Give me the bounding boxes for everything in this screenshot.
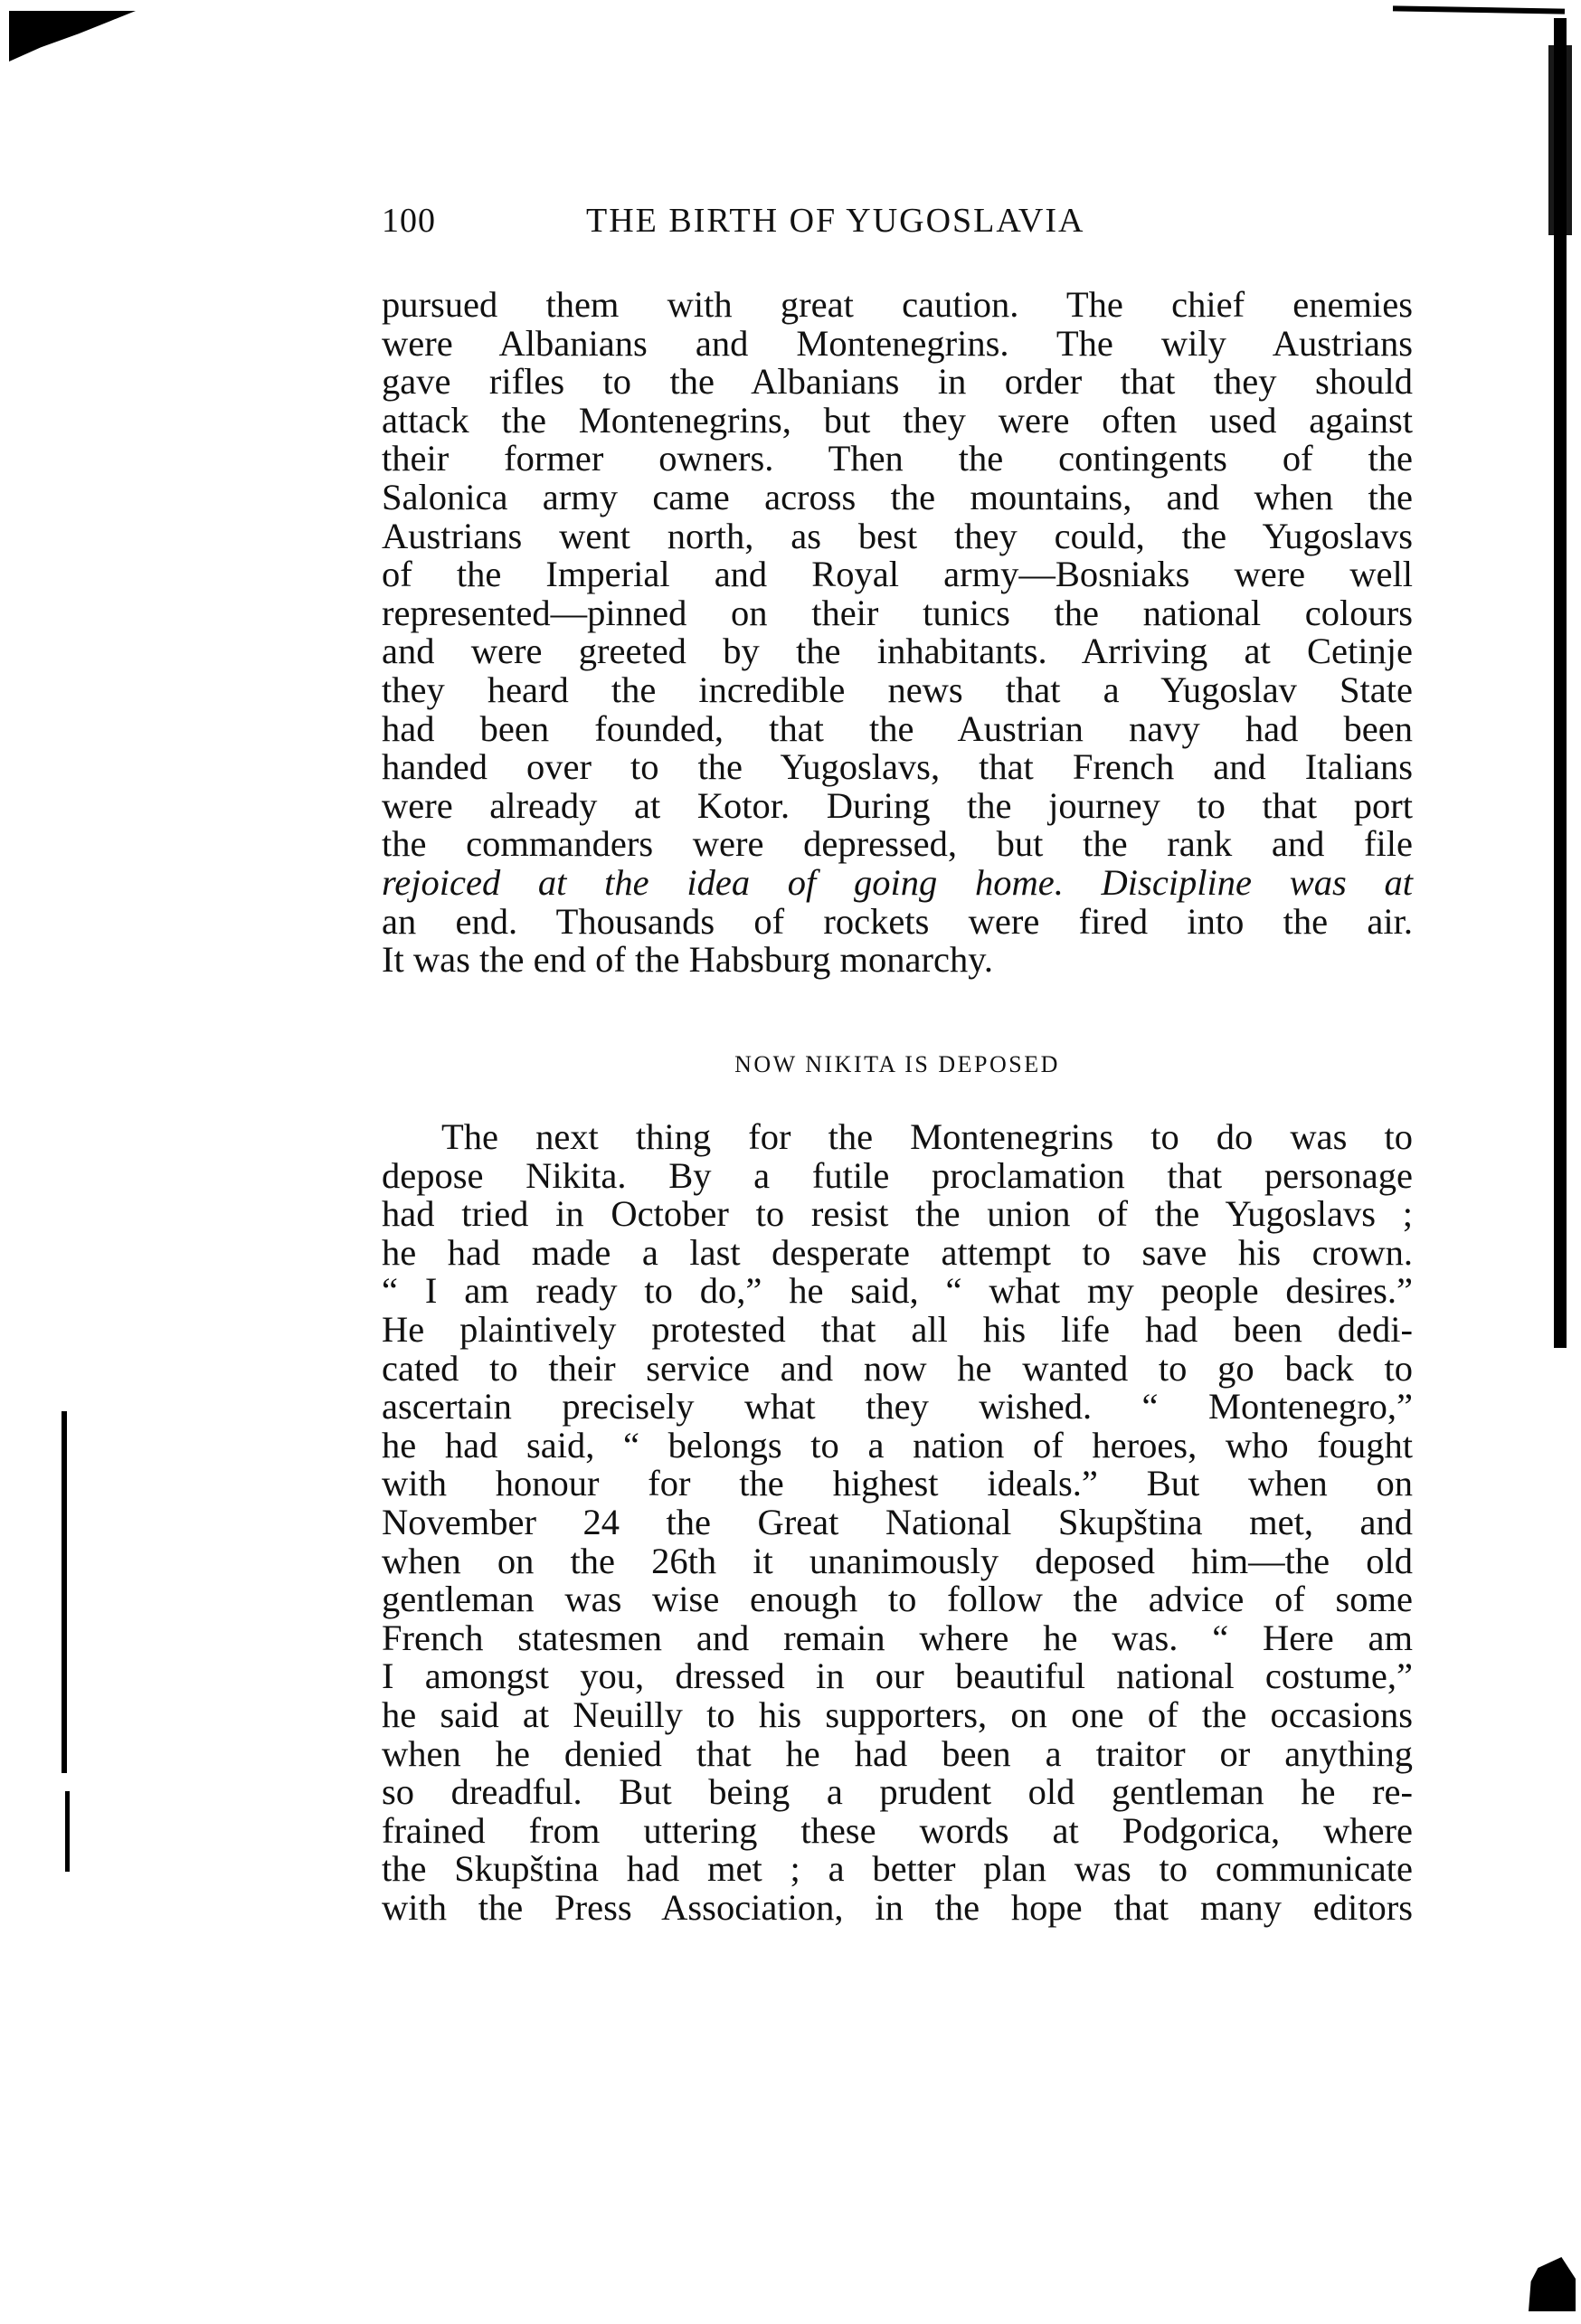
text-line: gave rifles to the Albanians in order th… xyxy=(382,363,1413,402)
scan-bottom-right-mark xyxy=(1529,2257,1576,2311)
text-line: so dreadful. But being a prudent old gen… xyxy=(382,1773,1413,1812)
text-line: ascertain precisely what they wished. “ … xyxy=(382,1388,1413,1427)
text-line: The next thing for the Montenegrins to d… xyxy=(382,1118,1413,1157)
text-line: handed over to the Yugoslavs, that Frenc… xyxy=(382,748,1413,787)
text-line: he had made a last desperate attempt to … xyxy=(382,1234,1413,1273)
text-line: the Skupština had met ; a better plan wa… xyxy=(382,1850,1413,1889)
text-line: he said at Neuilly to his supporters, on… xyxy=(382,1696,1413,1735)
text-line: “ I am ready to do,” he said, “ what my … xyxy=(382,1272,1413,1311)
section-heading: NOW NIKITA IS DEPOSED xyxy=(382,1051,1413,1078)
text-line: were Albanians and Montenegrins. The wil… xyxy=(382,325,1413,364)
text-line: had tried in October to resist the union… xyxy=(382,1195,1413,1234)
scan-corner-shadow xyxy=(9,11,136,62)
running-head: 100 THE BIRTH OF YUGOSLAVIA xyxy=(382,201,1413,244)
text-line: Austrians went north, as best they could… xyxy=(382,517,1413,556)
text-line: an end. Thousands of rockets were fired … xyxy=(382,903,1413,942)
text-line: I amongst you, dressed in our beautiful … xyxy=(382,1657,1413,1696)
text-line: depose Nikita. By a futile proclamation … xyxy=(382,1157,1413,1196)
text-line: when on the 26th it unanimously deposed … xyxy=(382,1542,1413,1581)
text-line: He plaintively protested that all his li… xyxy=(382,1311,1413,1350)
text-line: frained from uttering these words at Pod… xyxy=(382,1812,1413,1851)
text-line: he had said, “ belongs to a nation of he… xyxy=(382,1427,1413,1466)
text-line: of the Imperial and Royal army—Bosniaks … xyxy=(382,555,1413,594)
text-line: pursued them with great caution. The chi… xyxy=(382,286,1413,325)
book-page: 100 THE BIRTH OF YUGOSLAVIA pursued them… xyxy=(0,0,1581,2324)
text-line: with honour for the highest ideals.” But… xyxy=(382,1465,1413,1503)
text-line: they heard the incredible news that a Yu… xyxy=(382,671,1413,710)
text-line: French statesmen and remain where he was… xyxy=(382,1619,1413,1658)
scan-left-edge-line xyxy=(62,1411,67,1773)
text-line: gentleman was wise enough to follow the … xyxy=(382,1580,1413,1619)
text-line: had been founded, that the Austrian navy… xyxy=(382,710,1413,749)
text-line: attack the Montenegrins, but they were o… xyxy=(382,402,1413,441)
paragraph-1: pursued them with great caution. The chi… xyxy=(382,286,1413,980)
text-line: It was the end of the Habsburg monarchy. xyxy=(382,941,1413,980)
scan-top-edge-mark xyxy=(1393,5,1565,14)
text-line: the commanders were depressed, but the r… xyxy=(382,825,1413,864)
text-line: and were greeted by the inhabitants. Arr… xyxy=(382,632,1413,671)
text-line: when he denied that he had been a traito… xyxy=(382,1735,1413,1774)
text-line: Salonica army came across the mountains,… xyxy=(382,479,1413,517)
scan-right-edge-smudge xyxy=(1548,45,1572,235)
text-line: were already at Kotor. During the journe… xyxy=(382,787,1413,826)
page-number: 100 xyxy=(382,201,436,241)
text-line: represented—pinned on their tunics the n… xyxy=(382,594,1413,633)
scan-left-edge-line-lower xyxy=(65,1791,70,1872)
text-line-italic: rejoiced at the idea of going home. Disc… xyxy=(382,864,1413,903)
text-line: their former owners. Then the contingent… xyxy=(382,440,1413,479)
running-title: THE BIRTH OF YUGOSLAVIA xyxy=(586,201,1084,241)
paragraph-2: The next thing for the Montenegrins to d… xyxy=(382,1118,1413,1927)
text-line: with the Press Association, in the hope … xyxy=(382,1889,1413,1928)
text-line: November 24 the Great National Skupština… xyxy=(382,1503,1413,1542)
text-line: cated to their service and now he wanted… xyxy=(382,1350,1413,1389)
